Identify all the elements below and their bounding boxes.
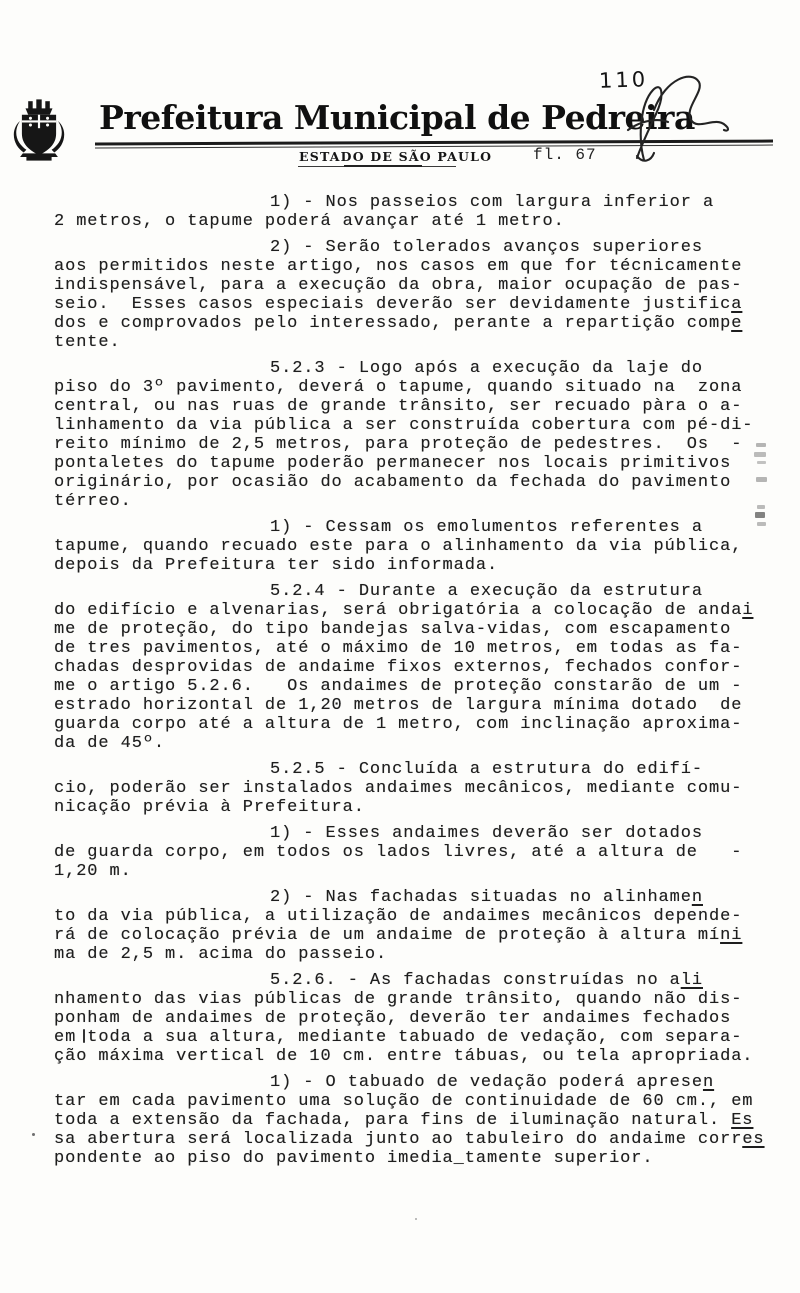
- text-line: tar em cada pavimento uma solução de con…: [54, 1092, 754, 1111]
- text-line: cio, poderão ser instalados andaimes mec…: [54, 779, 754, 798]
- text-line: ponham de andaimes de proteção, deverão …: [54, 1009, 754, 1028]
- text-line: tapume, quando recuado este para o alinh…: [54, 537, 754, 556]
- text-line: dos e comprovados pelo interessado, pera…: [54, 314, 754, 333]
- text-line: 1) - O tabuado de vedação poderá apresen: [270, 1073, 754, 1092]
- stray-ink-mark: [83, 1029, 85, 1043]
- text-line: 1,20 m.: [54, 862, 754, 881]
- text-line: do edifício e alvenarias, será obrigatór…: [54, 601, 754, 620]
- scan-dot: [32, 1133, 35, 1136]
- scan-smudge: [757, 505, 765, 509]
- scanned-document-page: Prefeitura Municipal de Pedreira ESTADO …: [0, 0, 800, 1293]
- paragraph: 5.2.6. - As fachadas construídas no alin…: [54, 971, 754, 1066]
- text-line: ção máxima vertical de 10 cm. entre tábu…: [54, 1047, 754, 1066]
- text-segment: 5.2.6. - As fachadas construídas no a: [270, 971, 681, 990]
- underlined-text: e: [731, 314, 742, 333]
- underlined-text: es: [742, 1130, 764, 1149]
- scan-dot: [415, 1218, 417, 1220]
- text-line: ma de 2,5 m. acima do passeio.: [54, 945, 754, 964]
- text-line: depois da Prefeitura ter sido informada.: [54, 556, 754, 575]
- text-line: linhamento da via pública a ser construí…: [54, 416, 754, 435]
- underlined-text: a: [731, 295, 742, 314]
- text-line: me o artigo 5.2.6. Os andaimes de proteç…: [54, 677, 754, 696]
- text-line: de tres pavimentos, até o máximo de 10 m…: [54, 639, 754, 658]
- text-line: estrado horizontal de 1,20 metros de lar…: [54, 696, 754, 715]
- underlined-text: li: [681, 971, 703, 990]
- text-line: aos permitidos neste artigo, nos casos e…: [54, 257, 754, 276]
- paragraph: 1) - Nos passeios com largura inferior a…: [54, 193, 754, 231]
- underlined-text: i: [742, 601, 753, 620]
- underlined-text: ni: [720, 926, 742, 945]
- page-title: Prefeitura Municipal de Pedreira: [99, 98, 695, 137]
- paragraph: 2) - Nas fachadas situadas no alinhament…: [54, 888, 754, 964]
- underlined-text: Es: [731, 1111, 753, 1130]
- text-line: 5.2.6. - As fachadas construídas no ali: [270, 971, 754, 990]
- text-line: de guarda corpo, em todos os lados livre…: [54, 843, 754, 862]
- text-line: to da via pública, a utilização de andai…: [54, 907, 754, 926]
- text-line: toda a extensão da fachada, para fins de…: [54, 1111, 754, 1130]
- document-body: 1) - Nos passeios com largura inferior a…: [54, 193, 754, 1175]
- text-line: térreo.: [54, 492, 754, 511]
- text-line: reito mínimo de 2,5 metros, para proteçã…: [54, 435, 754, 454]
- paragraph: 1) - Cessam os emolumentos referentes at…: [54, 518, 754, 575]
- text-segment: 1) - O tabuado de vedação poderá aprese: [270, 1073, 703, 1092]
- text-line: me de proteção, do tipo bandejas salva-v…: [54, 620, 754, 639]
- text-line: indispensável, para a execução da obra, …: [54, 276, 754, 295]
- paragraph: 1) - Esses andaimes deverão ser dotadosd…: [54, 824, 754, 881]
- text-line: central, ou nas ruas de grande trânsito,…: [54, 397, 754, 416]
- text-line: pondente ao piso do pavimento imedia_tam…: [54, 1149, 754, 1168]
- text-segment: rá de colocação prévia de um andaime de …: [54, 926, 720, 945]
- underlined-text: n: [692, 888, 703, 907]
- scan-smudge: [755, 512, 765, 518]
- text-line: piso do 3º pavimento, deverá o tapume, q…: [54, 378, 754, 397]
- coat-of-arms-icon: [12, 96, 66, 164]
- text-line: originário, por ocasião do acabamento da…: [54, 473, 754, 492]
- text-segment: dos e comprovados pelo interessado, pera…: [54, 314, 731, 333]
- paragraph: 5.2.3 - Logo após a execução da laje dop…: [54, 359, 754, 511]
- scan-smudge: [757, 522, 766, 526]
- text-line: 2 metros, o tapume poderá avançar até 1 …: [54, 212, 754, 231]
- text-line: 2) - Nas fachadas situadas no alinhamen: [270, 888, 754, 907]
- text-segment: 2) - Nas fachadas situadas no alinhame: [270, 888, 692, 907]
- folio-number: fl. 67: [533, 146, 597, 164]
- text-line: 1) - Esses andaimes deverão ser dotados: [270, 824, 754, 843]
- text-line: nhamento das vias públicas de grande trâ…: [54, 990, 754, 1009]
- handwritten-signature-icon: [612, 68, 732, 168]
- text-line: rá de colocação prévia de um andaime de …: [54, 926, 754, 945]
- text-line: 5.2.3 - Logo após a execução da laje do: [270, 359, 754, 378]
- text-line: da de 45º.: [54, 734, 754, 753]
- paragraph: 5.2.5 - Concluída a estrutura do edifí-c…: [54, 760, 754, 817]
- text-line: 5.2.5 - Concluída a estrutura do edifí-: [270, 760, 754, 779]
- scan-smudge: [757, 461, 766, 464]
- text-segment: do edifício e alvenarias, será obrigatór…: [54, 601, 742, 620]
- paragraph: 5.2.4 - Durante a execução da estruturad…: [54, 582, 754, 753]
- text-line: chadas desprovidas de andaime fixos exte…: [54, 658, 754, 677]
- scan-smudge: [756, 443, 766, 447]
- text-line: pontaletes do tapume poderão permanecer …: [54, 454, 754, 473]
- scan-smudge: [754, 452, 766, 457]
- text-segment: toda a extensão da fachada, para fins de…: [54, 1111, 731, 1130]
- text-line: 1) - Cessam os emolumentos referentes a: [270, 518, 754, 537]
- text-line: nicação prévia à Prefeitura.: [54, 798, 754, 817]
- subtitle-underline-dark: [344, 165, 422, 167]
- scan-smudge: [756, 477, 767, 482]
- text-line: em toda a sua altura, mediante tabuado d…: [54, 1028, 754, 1047]
- text-line: sa abertura será localizada junto ao tab…: [54, 1130, 754, 1149]
- text-line: 1) - Nos passeios com largura inferior a: [270, 193, 754, 212]
- paragraph: 1) - O tabuado de vedação poderá apresen…: [54, 1073, 754, 1168]
- text-line: guarda corpo até a altura de 1 metro, co…: [54, 715, 754, 734]
- text-line: 5.2.4 - Durante a execução da estrutura: [270, 582, 754, 601]
- paragraph: 2) - Serão tolerados avanços superioresa…: [54, 238, 754, 352]
- text-segment: seio. Esses casos especiais deverão ser …: [54, 295, 731, 314]
- text-line: seio. Esses casos especiais deverão ser …: [54, 295, 754, 314]
- underlined-text: n: [703, 1073, 714, 1092]
- text-segment: sa abertura será localizada junto ao tab…: [54, 1130, 742, 1149]
- text-line: tente.: [54, 333, 754, 352]
- text-line: 2) - Serão tolerados avanços superiores: [270, 238, 754, 257]
- letterhead-subtitle: ESTADO DE SÃO PAULO: [299, 149, 492, 164]
